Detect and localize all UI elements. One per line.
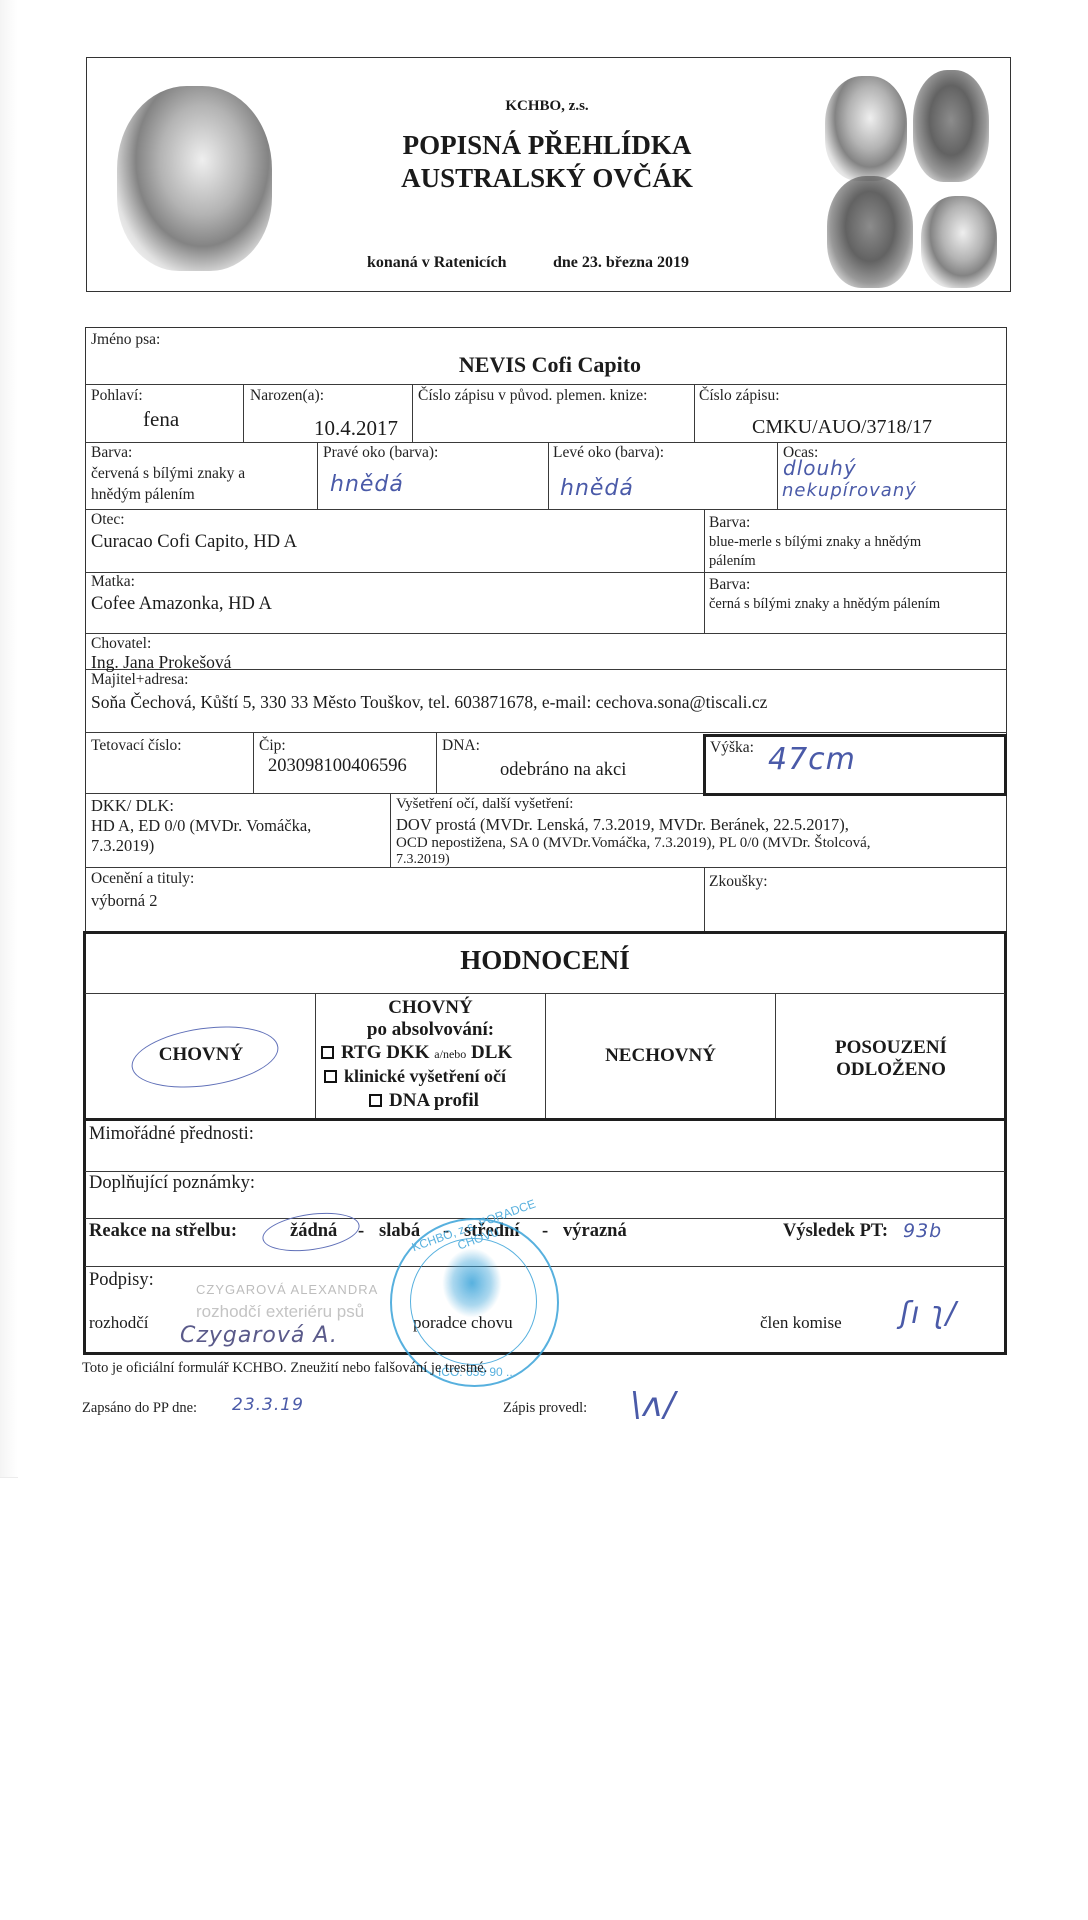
dkk-label: DKK/ DLK: <box>91 796 174 816</box>
judge-title-stamp: rozhodčí exteriéru psů <box>196 1302 364 1322</box>
height-label: Výška: <box>710 739 754 757</box>
left-eye-handwritten: hnědá <box>560 476 634 501</box>
col-divider <box>548 442 549 509</box>
row-divider <box>85 384 1007 385</box>
form-title-line1: POPISNÁ PŘEHLÍDKA <box>307 130 787 161</box>
separator: - <box>542 1221 548 1242</box>
titles-value: výborná 2 <box>91 891 157 911</box>
recorded-date-handwritten: 23.3.19 <box>232 1395 304 1415</box>
col-divider <box>704 867 705 932</box>
condition-eye-exam-label: klinické vyšetření očí <box>344 1066 506 1086</box>
row-divider <box>85 732 1007 733</box>
col-divider <box>253 732 254 793</box>
chip-value: 203098100406596 <box>268 756 407 777</box>
checkbox-dna[interactable] <box>369 1094 382 1107</box>
judge-signature: Czygarová A. <box>180 1323 338 1348</box>
pt-result-handwritten: 93b <box>903 1220 942 1242</box>
dog-name-label: Jméno psa: <box>91 331 160 349</box>
condition-rtg-label2: DLK <box>471 1042 512 1063</box>
condition-rtg-small: a/nebo <box>434 1047 466 1061</box>
owner-value: Soňa Čechová, Kůští 5, 330 33 Město Touš… <box>91 692 767 713</box>
eye-exam-line1: DOV prostá (MVDr. Lenská, 7.3.2019, MVDr… <box>396 815 849 835</box>
sire-value: Curacao Cofi Capito, HD A <box>91 532 297 553</box>
born-label: Narozen(a): <box>250 387 324 405</box>
shepherd-head-drawing-4 <box>921 196 997 288</box>
condition-rtg[interactable]: RTG DKK a/nebo DLK <box>321 1042 512 1064</box>
col-divider <box>390 793 391 867</box>
australian-shepherd-drawing <box>117 86 272 271</box>
additional-notes-label: Doplňující poznámky: <box>89 1173 255 1194</box>
dna-label: DNA: <box>442 737 480 755</box>
stamp-emblem <box>442 1248 502 1318</box>
tattoo-label: Tetovací číslo: <box>91 737 182 755</box>
col-divider <box>694 384 695 442</box>
breeder-value: Ing. Jana Prokešová <box>91 652 231 673</box>
col-divider <box>777 442 778 509</box>
right-eye-label: Pravé oko (barva): <box>323 444 438 462</box>
separator: - <box>358 1221 364 1242</box>
tail-handwritten-line1: dlouhý <box>783 456 857 480</box>
sire-color-label: Barva: <box>709 514 750 532</box>
color-label: Barva: <box>91 444 132 462</box>
sire-color-line2: pálením <box>709 553 756 570</box>
condition-dna-label: DNA profil <box>389 1090 479 1111</box>
pt-result-label: Výsledek PT: <box>783 1221 888 1242</box>
recorded-by-signature: \ʌ/ <box>630 1385 676 1425</box>
col-divider <box>243 384 244 442</box>
row-divider <box>85 509 1007 510</box>
condition-eye-exam[interactable]: klinické vyšetření očí <box>324 1066 506 1087</box>
dam-value: Cofee Amazonka, HD A <box>91 594 272 615</box>
exams-label: Zkoušky: <box>709 873 768 891</box>
event-date: dne 23. března 2019 <box>553 254 689 272</box>
col-divider <box>436 732 437 793</box>
shepherd-head-drawing-3 <box>827 176 913 288</box>
dam-color-value: černá s bílými znaky a hnědým pálením <box>709 596 940 613</box>
col-divider <box>704 509 705 633</box>
height-handwritten: 47cm <box>768 742 856 777</box>
committee-member-signature: ʃı ʅ/ <box>900 1296 957 1331</box>
checkbox-eye-exam[interactable] <box>324 1070 337 1083</box>
gunshot-option-strong[interactable]: výrazná <box>563 1221 627 1242</box>
form-title-line2: AUSTRALSKÝ OVČÁK <box>307 163 787 194</box>
recorded-by-label: Zápis provedl: <box>503 1400 587 1417</box>
col-divider <box>317 442 318 509</box>
exceptional-qualities-label: Mimořádné přednosti: <box>89 1124 254 1145</box>
recorded-date-label: Zapsáno do PP dne: <box>82 1400 197 1417</box>
chip-label: Čip: <box>259 737 286 755</box>
row-divider <box>85 572 1007 573</box>
sex-label: Pohlaví: <box>91 387 143 405</box>
dam-label: Matka: <box>91 573 135 591</box>
row-divider <box>85 442 1007 443</box>
sire-label: Otec: <box>91 511 125 529</box>
eye-exam-line3: 7.3.2019) <box>396 852 450 868</box>
row-divider <box>85 633 1007 634</box>
studbook-original-label: Číslo zápisu v původ. plemen. knize: <box>418 387 647 405</box>
dog-name: NEVIS Cofi Capito <box>300 352 800 378</box>
signatures-label: Podpisy: <box>89 1270 154 1291</box>
judge-label: rozhodčí <box>89 1313 148 1333</box>
checkbox-rtg[interactable] <box>321 1046 334 1059</box>
col-divider <box>412 384 413 442</box>
row-divider <box>85 867 1007 868</box>
eye-exam-label: Vyšetření očí, další vyšetření: <box>396 796 573 813</box>
option-postponed-line1[interactable]: POSOUZENÍ <box>776 1037 1006 1059</box>
disclaimer: Toto je oficiální formulář KCHBO. Zneuži… <box>82 1360 487 1377</box>
event-venue: konaná v Ratenicích <box>367 254 507 272</box>
titles-label: Ocenění a tituly: <box>91 870 194 888</box>
dkk-value-line1: HD A, ED 0/0 (MVDr. Vomáčka, <box>91 816 311 836</box>
dna-value: odebráno na akci <box>500 760 626 781</box>
evaluation-title: HODNOCENÍ <box>85 945 1005 976</box>
dam-color-label: Barva: <box>709 576 750 594</box>
eye-exam-line2: OCD nepostižena, SA 0 (MVDr.Vomáčka, 7.3… <box>396 835 871 852</box>
sire-color-line1: blue-merle s bílými znaky a hnědým <box>709 534 921 551</box>
born-value: 10.4.2017 <box>314 416 398 441</box>
option-conditional-title[interactable]: CHOVNÝ <box>316 997 545 1019</box>
scan-edge <box>0 0 18 1478</box>
owner-label: Majitel+adresa: <box>91 671 188 689</box>
condition-rtg-label: RTG DKK <box>341 1042 430 1063</box>
gunshot-reaction-label: Reakce na střelbu: <box>89 1221 237 1242</box>
color-value-line2: hnědým pálením <box>91 486 195 504</box>
option-postponed-line2[interactable]: ODLOŽENO <box>776 1059 1006 1081</box>
shepherd-head-drawing-2 <box>913 70 989 182</box>
condition-dna[interactable]: DNA profil <box>369 1090 479 1112</box>
committee-member-label: člen komise <box>760 1313 842 1333</box>
sex-value: fena <box>143 407 179 432</box>
organization-name: KCHBO, z.s. <box>347 98 747 115</box>
color-value-line1: červená s bílými znaky a <box>91 465 245 483</box>
judge-name-stamp: CZYGAROVÁ ALEXANDRA <box>196 1282 378 1297</box>
left-eye-label: Levé oko (barva): <box>553 444 664 462</box>
right-eye-handwritten: hnědá <box>330 472 404 497</box>
option-not-breeding[interactable]: NECHOVNÝ <box>546 1045 775 1067</box>
breeder-label: Chovatel: <box>91 635 151 653</box>
registration-label: Číslo zápisu: <box>699 387 780 405</box>
header-box: KCHBO, z.s. POPISNÁ PŘEHLÍDKA AUSTRALSKÝ… <box>86 57 1011 292</box>
option-conditional-subtitle: po absolvování: <box>316 1019 545 1041</box>
tail-handwritten-line2: nekupírovaný <box>782 480 917 501</box>
row-divider <box>85 1171 1005 1172</box>
registration-value: CMKU/AUO/3718/17 <box>752 416 932 439</box>
dkk-value-line2: 7.3.2019) <box>91 836 154 856</box>
shepherd-head-drawing-1 <box>825 76 907 181</box>
